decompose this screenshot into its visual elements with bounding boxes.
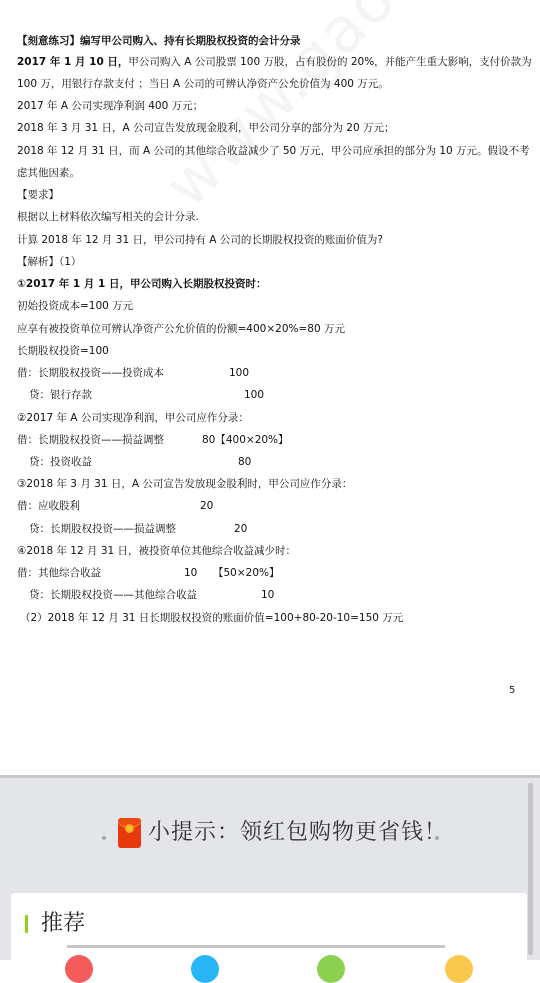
journal-amount: 80【400×20%】 bbox=[202, 433, 289, 447]
journal-credit: 贷：长期股权投资——其他综合收益 bbox=[17, 588, 197, 602]
journal-debit: 借：应收股利 bbox=[17, 499, 80, 513]
step-2-heading: ②2017 年 A 公司实现净利润，甲公司应作分录： bbox=[17, 411, 249, 425]
step-4-heading: ④2018 年 12 月 31 日，被投资单位其他综合收益减少时： bbox=[17, 544, 296, 558]
journal-amount: 10 bbox=[261, 588, 274, 602]
journal-credit: 贷：投资收益 bbox=[17, 455, 92, 469]
recommend-tab-4[interactable] bbox=[445, 955, 473, 960]
exercise-title: 【刻意练习】编写甲公司购入、持有长期股权投资的会计分录 bbox=[17, 34, 301, 48]
credit-text: 贷：长期股权投资——损益调整 bbox=[17, 523, 176, 535]
doc-line: 计算 2018 年 12 月 31 日，甲公司持有 A 公司的长期股权投资的账面… bbox=[17, 233, 383, 247]
tip-banner[interactable]: 小提示：领红包购物更省钱！ bbox=[0, 806, 540, 860]
dot-decoration bbox=[435, 836, 439, 840]
dot-decoration bbox=[102, 836, 106, 840]
recommend-tab-3[interactable] bbox=[317, 955, 345, 960]
journal-debit: 借：其他综合收益 bbox=[17, 566, 101, 580]
journal-note: 【50×20%】 bbox=[213, 566, 280, 580]
page-number: 5 bbox=[509, 685, 515, 696]
recommend-tab-1[interactable] bbox=[65, 955, 93, 960]
recommend-title: 推荐 bbox=[41, 909, 85, 939]
doc-line: 应享有被投资单位可辨认净资产公允价值的份额=400×20%=80 万元 bbox=[17, 322, 345, 336]
journal-amount: 10 bbox=[184, 566, 197, 580]
scrollbar[interactable] bbox=[528, 783, 533, 955]
doc-line: 2018 年 3 月 31 日，A 公司宣告发放现金股利，甲公司分享的部分为 2… bbox=[17, 121, 395, 135]
step-3-heading: ③2018 年 3 月 31 日，A 公司宣告发放现金股利时，甲公司应作分录： bbox=[17, 477, 352, 491]
analysis-heading: 【解析】（1） bbox=[17, 255, 81, 269]
doc-line: 虑其他因素。 bbox=[17, 166, 80, 180]
journal-amount: 80 bbox=[238, 455, 251, 469]
doc-line: 2017 年 A 公司实现净利润 400 万元； bbox=[17, 99, 203, 113]
journal-amount: 20 bbox=[200, 499, 213, 513]
tab-track bbox=[67, 945, 445, 948]
document-page: www.gaodun.com 【刻意练习】编写甲公司购入、持有长期股权投资的会计… bbox=[0, 0, 540, 776]
step-1-heading: ①2017 年 1 月 1 日，甲公司购入长期股权投资时： bbox=[17, 277, 267, 291]
credit-text: 贷：长期股权投资——其他综合收益 bbox=[17, 589, 197, 601]
journal-debit: 借：长期股权投资——损益调整 bbox=[17, 433, 164, 447]
recommend-tab-2[interactable] bbox=[191, 955, 219, 960]
doc-line: 2018 年 12 月 31 日，而 A 公司的其他综合收益减少了 50 万元，… bbox=[17, 144, 530, 158]
credit-text: 贷：银行存款 bbox=[17, 389, 92, 401]
doc-line: 2017 年 1 月 10 日，甲公司购入 A 公司股票 100 万股，占有股份… bbox=[17, 55, 532, 69]
red-packet-icon bbox=[118, 818, 141, 848]
red-packet-coin bbox=[125, 824, 134, 833]
conclusion-line: （2）2018 年 12 月 31 日长期股权投资的账面价值=100+80-20… bbox=[20, 611, 403, 625]
requirement-heading: 【要求】 bbox=[17, 188, 59, 202]
journal-debit: 借：长期股权投资——投资成本 bbox=[17, 366, 164, 380]
journal-credit: 贷：银行存款 bbox=[17, 388, 92, 402]
journal-amount: 20 bbox=[234, 522, 247, 536]
credit-text: 贷：投资收益 bbox=[17, 456, 92, 468]
journal-credit: 贷：长期股权投资——损益调整 bbox=[17, 522, 176, 536]
tip-text: 小提示：领红包购物更省钱！ bbox=[148, 818, 447, 848]
journal-amount: 100 bbox=[229, 366, 249, 380]
doc-line: 根据以上材料依次编写相关的会计分录. bbox=[17, 210, 199, 224]
section-accent-bar bbox=[25, 915, 28, 933]
date-bold: 2017 年 1 月 10 日， bbox=[17, 56, 128, 68]
recommend-card: 推荐 bbox=[11, 893, 527, 960]
doc-line: 初始投资成本=100 万元 bbox=[17, 299, 133, 313]
line-text: 甲公司购入 A 公司股票 100 万股，占有股份的 20%，并能产生重大影响，支… bbox=[128, 56, 531, 68]
journal-amount: 100 bbox=[244, 388, 264, 402]
doc-line: 100 万，用银行存款支付 ；当日 A 公司的可辨认净资产公允价值为 400 万… bbox=[17, 77, 389, 91]
doc-line: 长期股权投资=100 bbox=[17, 344, 109, 358]
